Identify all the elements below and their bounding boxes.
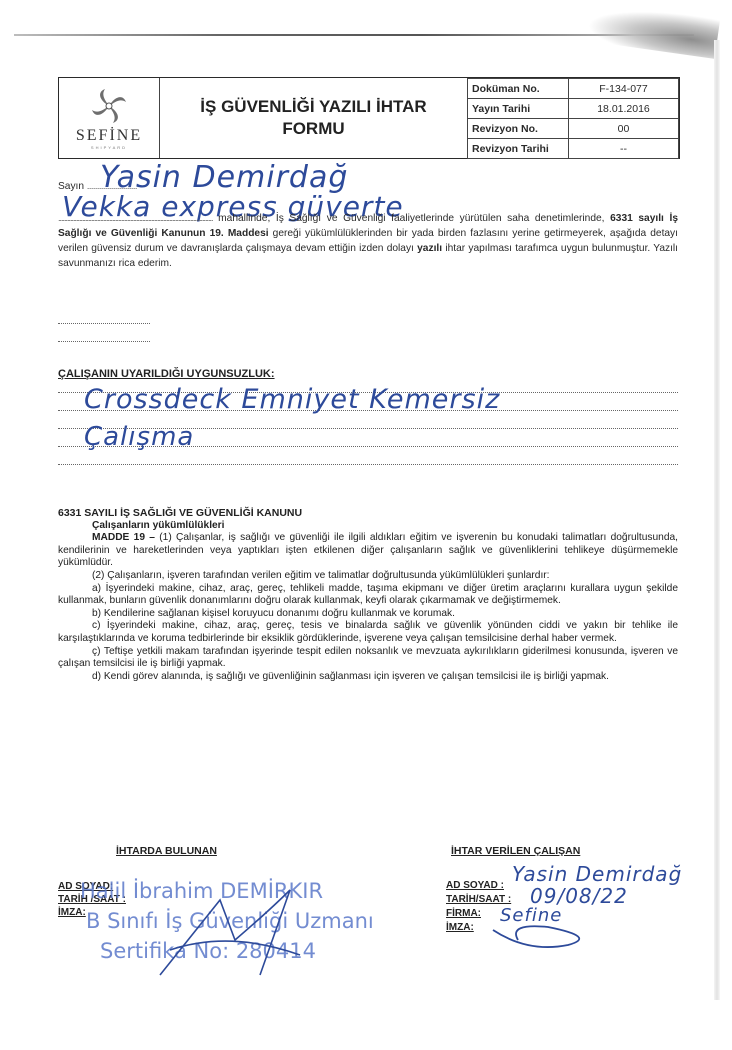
meta-value: F-134-077 — [569, 79, 679, 99]
employee-title: İHTAR VERİLEN ÇALIŞAN — [451, 845, 580, 857]
meta-value: 00 — [569, 119, 679, 139]
law-title: 6331 SAYILI İŞ SAĞLIĞI VE GÜVENLİĞİ KANU… — [58, 507, 678, 520]
location-dotted-field: ........................................… — [58, 213, 213, 223]
employee-firm-label: FİRMA: — [446, 907, 481, 920]
employee-signature-label: İMZA: — [446, 921, 474, 934]
law-text: 6331 SAYILI İŞ SAĞLIĞI VE GÜVENLİĞİ KANU… — [58, 507, 678, 683]
logo-subtext: SHIPYARD — [91, 145, 127, 150]
form-title: İŞ GÜVENLİĞİ YAZILI İHTAR FORMU — [160, 78, 467, 158]
law-item-d: d) Kendi görev alanında, iş sağlığı ve g… — [58, 671, 678, 684]
meta-row: Revizyon No. 00 — [468, 119, 679, 139]
meta-row: Doküman No. F-134-077 — [468, 79, 679, 99]
meta-value: -- — [569, 139, 679, 159]
handwritten-violation-line1: Crossdeck Emniyet Kemersiz — [84, 384, 500, 415]
issuer-signature-icon — [150, 880, 350, 980]
meta-value: 18.01.2016 — [569, 99, 679, 119]
law-subtitle: Çalışanların yükümlülükleri — [58, 520, 678, 533]
meta-key: Doküman No. — [468, 79, 569, 99]
meta-key: Revizyon No. — [468, 119, 569, 139]
handwritten-violation-line2: Çalışma — [84, 422, 194, 452]
defense-dotted-line-1 — [58, 323, 150, 324]
law-item-c: c) İşyerindeki makine, cihaz, araç, gere… — [58, 620, 678, 645]
madde-label: MADDE 19 – — [92, 532, 155, 543]
issuer-title: İHTARDA BULUNAN — [116, 845, 217, 857]
page-right-edge — [714, 40, 720, 1000]
defense-dotted-line-2 — [58, 341, 150, 342]
law-paragraph-1: MADDE 19 – (1) Çalışanlar, iş sağlığı ve… — [58, 532, 678, 570]
meta-row: Revizyon Tarihi -- — [468, 139, 679, 159]
law-item-a: a) İşyerindeki makine, cihaz, araç, gere… — [58, 583, 678, 608]
form-title-line1: İŞ GÜVENLİĞİ YAZILI İHTAR — [200, 96, 426, 118]
intro-bold2: yazılı — [417, 243, 442, 254]
company-logo: SEFİNE SHIPYARD — [59, 78, 160, 158]
sefine-logo-icon — [89, 86, 129, 126]
violation-title: ÇALIŞANIN UYARILDIĞI UYGUNSUZLUK: — [58, 368, 275, 380]
handwritten-employee-name-2: Yasin Demirdağ — [512, 862, 682, 886]
law-item-b: b) Kendilerine sağlanan kişisel koruyucu… — [58, 608, 678, 621]
page-corner-curl — [586, 1, 720, 59]
employee-name-label: AD SOYAD : — [446, 879, 504, 892]
form-title-line2: FORMU — [282, 118, 344, 140]
law-item-c-cedilla: ç) Teftişe yetkili makam tarafından işye… — [58, 646, 678, 671]
intro-paragraph: ........................................… — [58, 211, 678, 271]
form-header: SEFİNE SHIPYARD İŞ GÜVENLİĞİ YAZILI İHTA… — [58, 77, 680, 159]
employee-signature-icon — [488, 915, 638, 955]
meta-key: Revizyon Tarihi — [468, 139, 569, 159]
document-meta-table: Doküman No. F-134-077 Yayın Tarihi 18.01… — [467, 78, 679, 159]
law-paragraph-2: (2) Çalışanların, işveren tarafından ver… — [58, 570, 678, 583]
intro-part1: mahallinde, İş Sağlığı ve Güvenliği faal… — [218, 213, 604, 224]
logo-text: SEFİNE — [76, 127, 142, 145]
violation-line-5 — [58, 464, 678, 465]
meta-key: Yayın Tarihi — [468, 99, 569, 119]
meta-row: Yayın Tarihi 18.01.2016 — [468, 99, 679, 119]
issuer-signature-label: İMZA: — [58, 906, 86, 919]
